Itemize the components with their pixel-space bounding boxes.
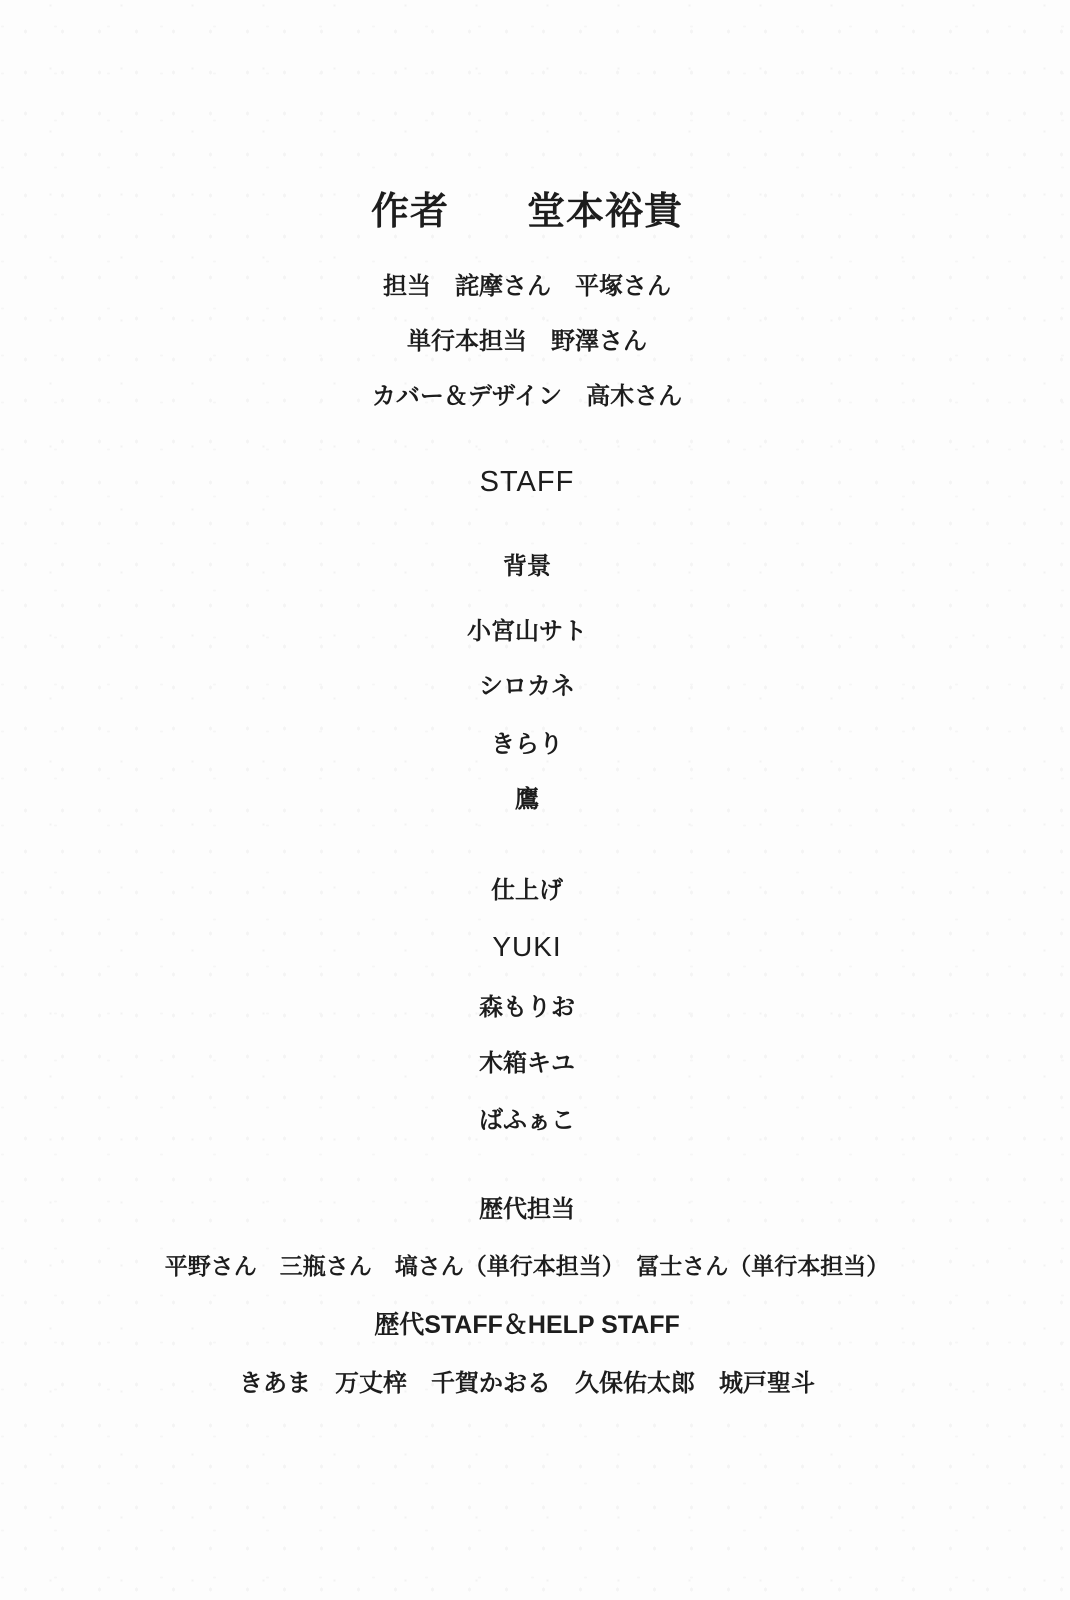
background-member-2: シロカネ bbox=[0, 675, 1062, 699]
finishing-member-1: YUKI bbox=[0, 933, 1062, 961]
finishing-member-4: ばふぁこ bbox=[0, 1109, 1062, 1133]
credits-page: 作者 堂本裕貴 担当 詫摩さん 平塚さん 単行本担当 野澤さん カバー＆デザイン… bbox=[0, 0, 1070, 1600]
finishing-member-2: 森もりお bbox=[0, 996, 1062, 1020]
background-heading: 背景 bbox=[0, 555, 1062, 579]
background-member-1: 小宮山サト bbox=[0, 620, 1062, 644]
cover-design-line: カバー＆デザイン 高木さん bbox=[0, 385, 1062, 409]
author-line: 作者 堂本裕貴 bbox=[0, 193, 1062, 231]
background-member-4: 鷹 bbox=[0, 788, 1062, 812]
finishing-member-3: 木箱キユ bbox=[0, 1052, 1062, 1076]
staff-heading: STAFF bbox=[0, 468, 1062, 497]
volume-editor-line: 単行本担当 野澤さん bbox=[0, 330, 1062, 354]
past-editors-heading: 歴代担当 bbox=[0, 1198, 1062, 1222]
past-staff-heading: 歴代STAFF＆HELP STAFF bbox=[0, 1313, 1062, 1338]
editors-line: 担当 詫摩さん 平塚さん bbox=[0, 275, 1062, 299]
past-editors-line: 平野さん 三瓶さん 塙さん（単行本担当） 冨士さん（単行本担当） bbox=[0, 1255, 1062, 1278]
finishing-heading: 仕上げ bbox=[0, 879, 1062, 903]
background-member-3: きらり bbox=[0, 733, 1062, 757]
past-staff-line: きあま 万丈梓 千賀かおる 久保佑太郎 城戸聖斗 bbox=[0, 1372, 1062, 1396]
